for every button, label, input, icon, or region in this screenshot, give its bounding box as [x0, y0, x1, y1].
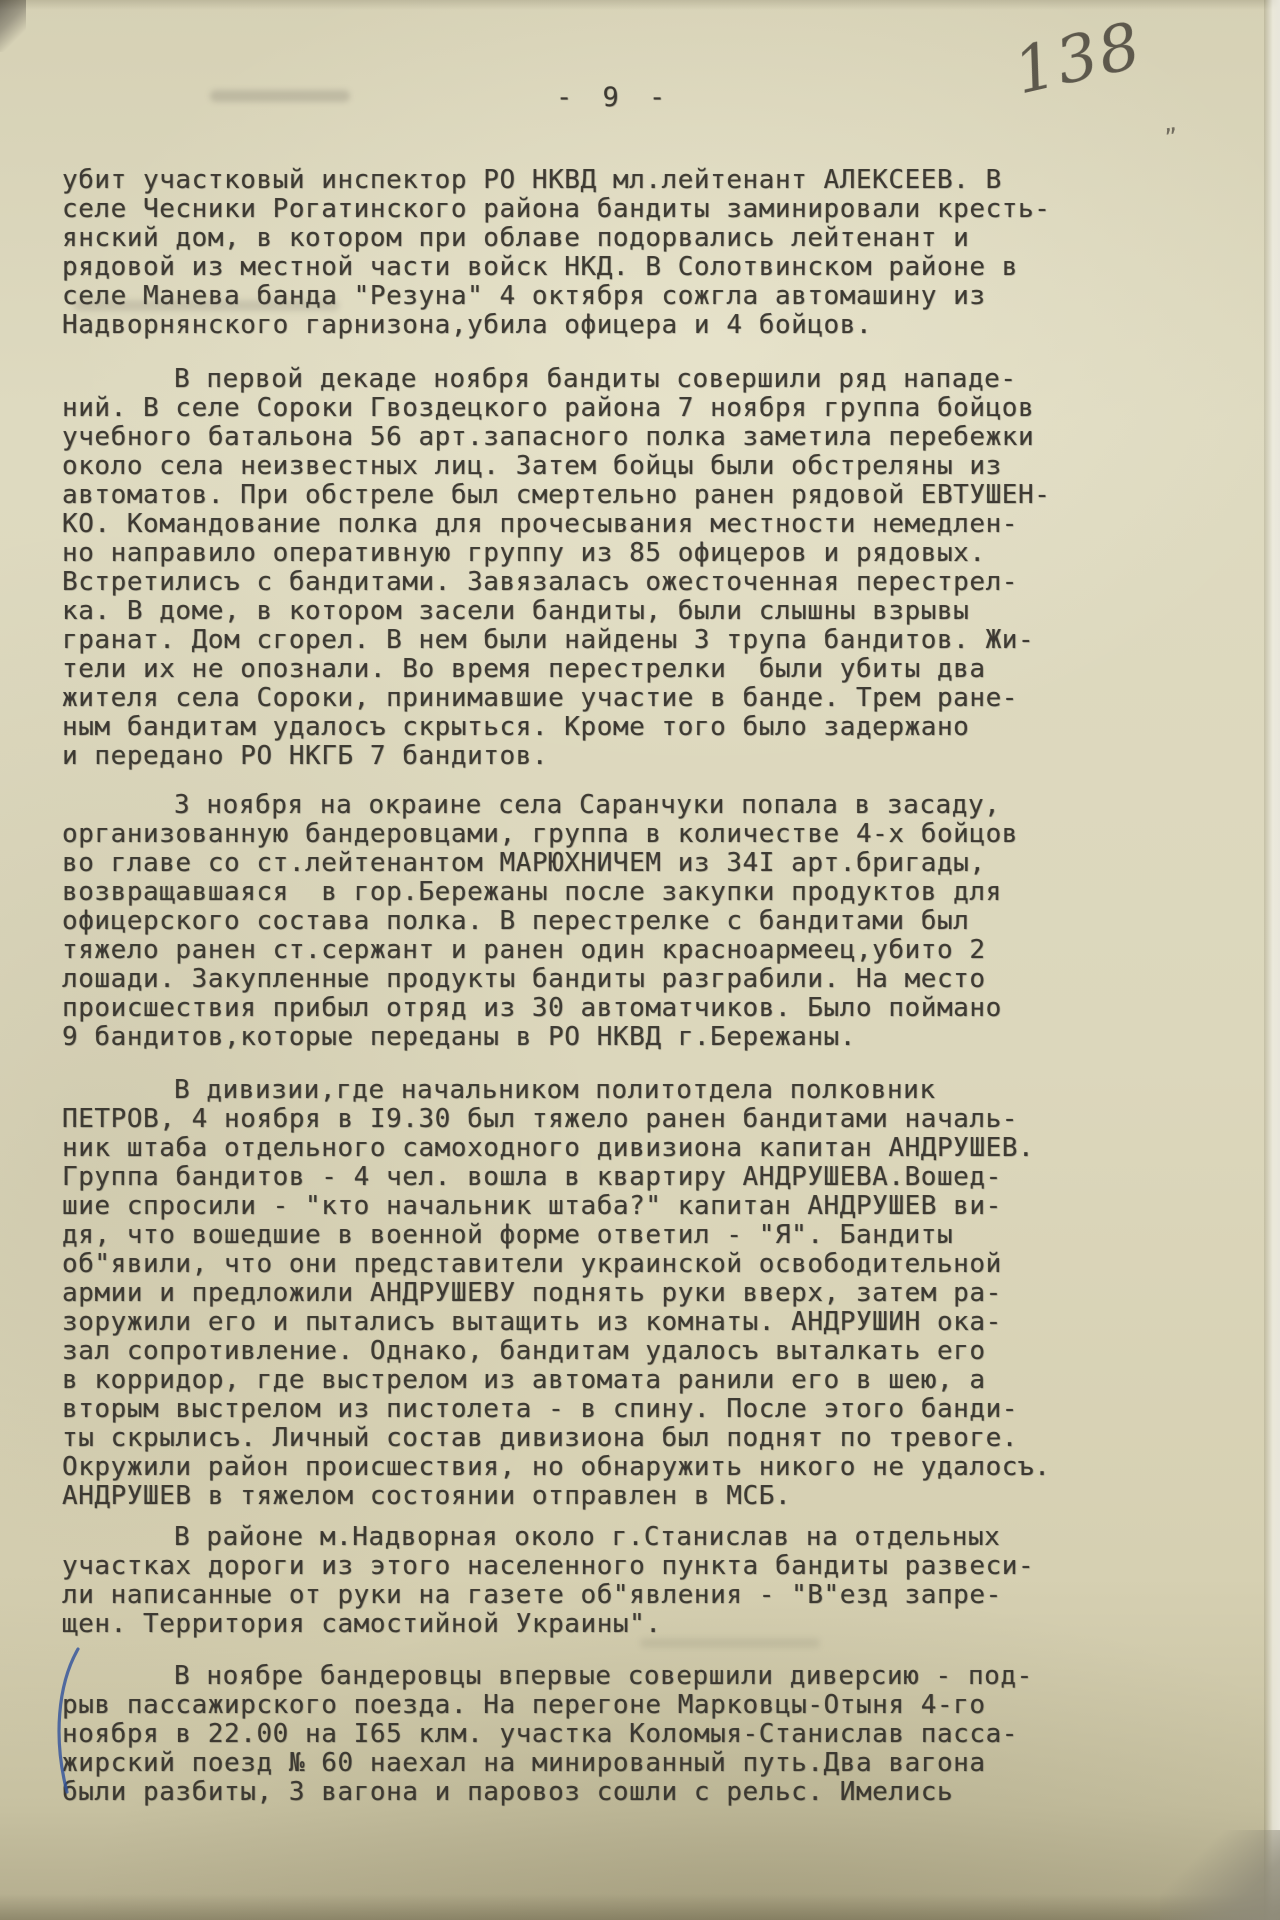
paragraph-continuation: убит участковый инспектор РО НКВД мл.лей…: [62, 166, 1082, 340]
paragraph: В дивизии,где начальником политотдела по…: [62, 1076, 1082, 1511]
scan-corner-shadow: [1160, 1830, 1280, 1920]
pencil-tick-mark: „: [1161, 111, 1178, 138]
paragraph: З ноября на окраине села Саранчуки попал…: [62, 791, 1082, 1052]
paragraph: В ноябре бандеровцы впервые совершили ди…: [62, 1662, 1082, 1807]
paper-top-edge-shadow: [0, 0, 1280, 10]
document-page: - 9 - 138 „ убит участковый инспектор РО…: [0, 0, 1280, 1920]
paper-bottom-edge-shadow: [0, 1894, 1280, 1920]
typed-page-number: - 9 -: [556, 82, 672, 113]
document-body-text: убит участковый инспектор РО НКВД мл.лей…: [62, 166, 1082, 1807]
handwritten-folio-number: 138: [1007, 9, 1149, 110]
paragraph: В первой декаде ноября бандиты совершили…: [62, 365, 1082, 771]
ink-smudge: [210, 90, 350, 102]
blue-pen-stroke-mark: [50, 1646, 84, 1796]
paragraph: В районе м.Надворная около г.Станислав н…: [62, 1523, 1082, 1639]
paper-right-edge: [1264, 0, 1280, 1920]
